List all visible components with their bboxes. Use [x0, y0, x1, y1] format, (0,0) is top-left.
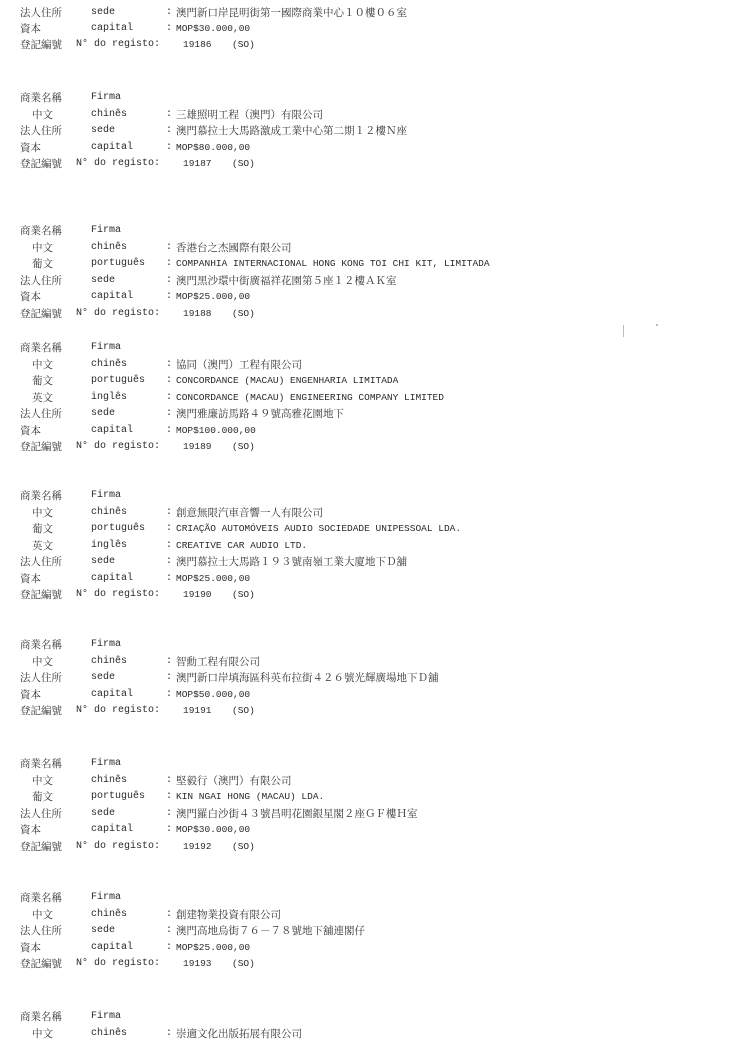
field-row-sede: 法人住所sede:澳門黑沙環中街廣福祥花園第５座１２樓ＡＫ室: [0, 273, 733, 289]
label-pt-firma: Firma: [91, 488, 121, 504]
label-pt-registo: N° do registo:: [76, 703, 160, 719]
separator-colon: :: [166, 806, 172, 822]
label-pt-sede: sede: [91, 273, 115, 289]
field-row-firma: 商業名稱Firma: [0, 223, 733, 239]
label-zh-chines: 中文: [32, 107, 53, 123]
value-sede: 澳門慕拉士大馬路激成工業中心第二期１２樓Ｎ座: [176, 123, 407, 139]
label-zh-sede: 法人住所: [20, 123, 62, 139]
separator-colon: :: [166, 822, 172, 838]
label-pt-sede: sede: [91, 554, 115, 570]
value-capital: MOP$80.000,00: [176, 140, 250, 156]
label-pt-sede: sede: [91, 123, 115, 139]
label-pt-firma: Firma: [91, 223, 121, 239]
label-pt-portugues: português: [91, 789, 145, 805]
separator-colon: :: [166, 406, 172, 422]
label-pt-chines: chinês: [91, 107, 127, 123]
label-zh-capital: 資本: [20, 289, 41, 305]
label-zh-ingles: 英文: [32, 390, 53, 406]
label-pt-capital: capital: [91, 423, 133, 439]
field-row-sede: 法人住所sede:澳門慕拉士大馬路激成工業中心第二期１２樓Ｎ座: [0, 123, 733, 139]
label-zh-firma: 商業名稱: [20, 223, 62, 239]
field-row-capital: 資本capital:MOP$25.000,00: [0, 940, 733, 956]
label-zh-registo: 登記編號: [20, 37, 62, 53]
label-pt-firma: Firma: [91, 340, 121, 356]
separator-colon: :: [166, 240, 172, 256]
registration-suffix: (SO): [232, 37, 255, 53]
value-chines: 香港台之杰國際有限公司: [176, 240, 292, 256]
value-sede: 澳門羅白沙街４３號昌明花園銀星閣２座ＧＦ樓Ｈ室: [176, 806, 418, 822]
value-chines: 崇適文化出版拓展有限公司: [176, 1026, 302, 1042]
value-portugues: KIN NGAI HONG (MACAU) LDA.: [176, 789, 324, 805]
label-zh-chines: 中文: [32, 1026, 53, 1042]
value-chines: 智勳工程有限公司: [176, 654, 260, 670]
field-row-chines: 中文chinês:智勳工程有限公司: [0, 654, 733, 670]
label-pt-registo: N° do registo:: [76, 956, 160, 972]
label-zh-sede: 法人住所: [20, 923, 62, 939]
label-pt-ingles: inglês: [91, 390, 127, 406]
label-pt-chines: chinês: [91, 240, 127, 256]
field-row-capital: 資本capital:MOP$25.000,00: [0, 289, 733, 305]
field-row-portugues: 葡文português:CONCORDANCE (MACAU) ENGENHAR…: [0, 373, 733, 389]
registration-suffix: (SO): [232, 839, 255, 855]
label-zh-registo: 登記編號: [20, 156, 62, 172]
field-row-sede: 法人住所sede:澳門羅白沙街４３號昌明花園銀星閣２座ＧＦ樓Ｈ室: [0, 806, 733, 822]
label-zh-registo: 登記編號: [20, 839, 62, 855]
field-row-firma: 商業名稱Firma: [0, 90, 733, 106]
registration-suffix: (SO): [232, 587, 255, 603]
registration-number: 19188: [183, 306, 212, 322]
registration-number: 19190: [183, 587, 212, 603]
label-zh-registo: 登記編號: [20, 439, 62, 455]
field-row-chines: 中文chinês:創意無限汽車音響一人有限公司: [0, 505, 733, 521]
separator-colon: :: [166, 940, 172, 956]
label-pt-capital: capital: [91, 21, 133, 37]
field-row-firma: 商業名稱Firma: [0, 1009, 733, 1025]
label-pt-sede: sede: [91, 670, 115, 686]
value-sede: 澳門慕拉士大馬路１９３號南嶺工業大廈地下Ｄ舖: [176, 554, 407, 570]
label-pt-capital: capital: [91, 687, 133, 703]
label-pt-registo: N° do registo:: [76, 37, 160, 53]
separator-colon: :: [166, 670, 172, 686]
label-zh-firma: 商業名稱: [20, 340, 62, 356]
label-pt-registo: N° do registo:: [76, 439, 160, 455]
field-row-ingles: 英文inglês:CONCORDANCE (MACAU) ENGINEERING…: [0, 390, 733, 406]
label-zh-sede: 法人住所: [20, 554, 62, 570]
label-zh-chines: 中文: [32, 907, 53, 923]
label-pt-chines: chinês: [91, 1026, 127, 1042]
label-zh-sede: 法人住所: [20, 406, 62, 422]
registration-suffix: (SO): [232, 439, 255, 455]
value-capital: MOP$30.000,00: [176, 822, 250, 838]
value-capital: MOP$25.000,00: [176, 289, 250, 305]
value-capital: MOP$30.000,00: [176, 21, 250, 37]
label-pt-chines: chinês: [91, 505, 127, 521]
separator-colon: :: [166, 123, 172, 139]
label-pt-sede: sede: [91, 923, 115, 939]
label-zh-registo: 登記編號: [20, 306, 62, 322]
field-row-portugues: 葡文português:KIN NGAI HONG (MACAU) LDA.: [0, 789, 733, 805]
separator-colon: :: [166, 390, 172, 406]
registration-number: 19191: [183, 703, 212, 719]
label-zh-capital: 資本: [20, 687, 41, 703]
separator-colon: :: [166, 538, 172, 554]
label-pt-sede: sede: [91, 5, 115, 21]
label-pt-registo: N° do registo:: [76, 306, 160, 322]
separator-colon: :: [166, 505, 172, 521]
separator-colon: :: [166, 140, 172, 156]
label-pt-chines: chinês: [91, 907, 127, 923]
separator-colon: :: [166, 5, 172, 21]
value-ingles: CREATIVE CAR AUDIO LTD.: [176, 538, 307, 554]
label-zh-firma: 商業名稱: [20, 488, 62, 504]
registration-number: 19192: [183, 839, 212, 855]
label-zh-capital: 資本: [20, 21, 41, 37]
value-chines: 協同（澳門）工程有限公司: [176, 357, 302, 373]
label-zh-capital: 資本: [20, 571, 41, 587]
label-zh-chines: 中文: [32, 240, 53, 256]
value-ingles: CONCORDANCE (MACAU) ENGINEERING COMPANY …: [176, 390, 444, 406]
label-pt-firma: Firma: [91, 1009, 121, 1025]
label-pt-capital: capital: [91, 822, 133, 838]
label-zh-portugues: 葡文: [32, 256, 53, 272]
value-capital: MOP$25.000,00: [176, 940, 250, 956]
field-row-chines: 中文chinês:堅毅行（澳門）有限公司: [0, 773, 733, 789]
label-zh-capital: 資本: [20, 822, 41, 838]
separator-colon: :: [166, 373, 172, 389]
registration-suffix: (SO): [232, 306, 255, 322]
label-pt-firma: Firma: [91, 90, 121, 106]
registration-suffix: (SO): [232, 703, 255, 719]
label-pt-capital: capital: [91, 140, 133, 156]
value-chines: 創建物業投資有限公司: [176, 907, 281, 923]
label-zh-capital: 資本: [20, 423, 41, 439]
field-row-firma: 商業名稱Firma: [0, 637, 733, 653]
field-row-sede: 法人住所sede:澳門高地烏街７６－７８號地下舖連閣仔: [0, 923, 733, 939]
registration-number: 19193: [183, 956, 212, 972]
field-row-firma: 商業名稱Firma: [0, 756, 733, 772]
field-row-registo: 登記編號N° do registo:19187(SO): [0, 156, 733, 172]
label-pt-registo: N° do registo:: [76, 156, 160, 172]
value-capital: MOP$25.000,00: [176, 571, 250, 587]
field-row-chines: 中文chinês:崇適文化出版拓展有限公司: [0, 1026, 733, 1042]
field-row-firma: 商業名稱Firma: [0, 340, 733, 356]
field-row-chines: 中文chinês:創建物業投資有限公司: [0, 907, 733, 923]
label-zh-capital: 資本: [20, 140, 41, 156]
label-zh-registo: 登記編號: [20, 703, 62, 719]
scan-artifact: [656, 324, 658, 326]
field-row-chines: 中文chinês:香港台之杰國際有限公司: [0, 240, 733, 256]
separator-colon: :: [166, 907, 172, 923]
field-row-registo: 登記編號N° do registo:19190(SO): [0, 587, 733, 603]
separator-colon: :: [166, 357, 172, 373]
separator-colon: :: [166, 273, 172, 289]
registry-page: 法人住所sede:澳門新口岸昆明街第一國際商業中心１０樓０６室資本capital…: [0, 0, 733, 1057]
label-pt-capital: capital: [91, 289, 133, 305]
field-row-registo: 登記編號N° do registo:19191(SO): [0, 703, 733, 719]
label-zh-portugues: 葡文: [32, 521, 53, 537]
field-row-portugues: 葡文português:COMPANHIA INTERNACIONAL HONG…: [0, 256, 733, 272]
value-chines: 創意無限汽車音響一人有限公司: [176, 505, 323, 521]
label-zh-chines: 中文: [32, 773, 53, 789]
separator-colon: :: [166, 687, 172, 703]
separator-colon: :: [166, 554, 172, 570]
label-pt-firma: Firma: [91, 756, 121, 772]
label-zh-sede: 法人住所: [20, 806, 62, 822]
separator-colon: :: [166, 107, 172, 123]
value-portugues: CONCORDANCE (MACAU) ENGENHARIA LIMITADA: [176, 373, 398, 389]
value-sede: 澳門新口岸填海區科英布拉街４２６號光輝廣場地下Ｄ舖: [176, 670, 439, 686]
field-row-capital: 資本capital:MOP$80.000,00: [0, 140, 733, 156]
separator-colon: :: [166, 789, 172, 805]
field-row-chines: 中文chinês:三雄照明工程（澳門）有限公司: [0, 107, 733, 123]
registration-suffix: (SO): [232, 956, 255, 972]
label-pt-registo: N° do registo:: [76, 587, 160, 603]
field-row-firma: 商業名稱Firma: [0, 488, 733, 504]
separator-colon: :: [166, 21, 172, 37]
label-pt-capital: capital: [91, 940, 133, 956]
field-row-portugues: 葡文português:CRIAÇÃO AUTOMÓVEIS AUDIO SOC…: [0, 521, 733, 537]
label-zh-sede: 法人住所: [20, 5, 62, 21]
label-zh-chines: 中文: [32, 654, 53, 670]
field-row-sede: 法人住所sede:澳門雅廉訪馬路４９號高雅花園地下: [0, 406, 733, 422]
value-portugues: COMPANHIA INTERNACIONAL HONG KONG TOI CH…: [176, 256, 490, 272]
field-row-sede: 法人住所sede:澳門新口岸昆明街第一國際商業中心１０樓０６室: [0, 5, 733, 21]
value-sede: 澳門高地烏街７６－７８號地下舖連閣仔: [176, 923, 365, 939]
label-pt-chines: chinês: [91, 357, 127, 373]
label-zh-sede: 法人住所: [20, 670, 62, 686]
field-row-capital: 資本capital:MOP$30.000,00: [0, 21, 733, 37]
separator-colon: :: [166, 654, 172, 670]
label-zh-registo: 登記編號: [20, 956, 62, 972]
field-row-capital: 資本capital:MOP$25.000,00: [0, 571, 733, 587]
field-row-ingles: 英文inglês:CREATIVE CAR AUDIO LTD.: [0, 538, 733, 554]
registration-number: 19186: [183, 37, 212, 53]
value-sede: 澳門黑沙環中街廣福祥花園第５座１２樓ＡＫ室: [176, 273, 397, 289]
value-chines: 堅毅行（澳門）有限公司: [176, 773, 292, 789]
separator-colon: :: [166, 289, 172, 305]
label-pt-chines: chinês: [91, 773, 127, 789]
field-row-sede: 法人住所sede:澳門新口岸填海區科英布拉街４２６號光輝廣場地下Ｄ舖: [0, 670, 733, 686]
separator-colon: :: [166, 773, 172, 789]
label-zh-capital: 資本: [20, 940, 41, 956]
field-row-registo: 登記編號N° do registo:19192(SO): [0, 839, 733, 855]
value-chines: 三雄照明工程（澳門）有限公司: [176, 107, 323, 123]
label-pt-portugues: português: [91, 373, 145, 389]
label-zh-portugues: 葡文: [32, 789, 53, 805]
field-row-sede: 法人住所sede:澳門慕拉士大馬路１９３號南嶺工業大廈地下Ｄ舖: [0, 554, 733, 570]
scan-artifact: [623, 325, 624, 337]
field-row-chines: 中文chinês:協同（澳門）工程有限公司: [0, 357, 733, 373]
label-pt-firma: Firma: [91, 890, 121, 906]
label-zh-portugues: 葡文: [32, 373, 53, 389]
label-pt-chines: chinês: [91, 654, 127, 670]
label-zh-ingles: 英文: [32, 538, 53, 554]
separator-colon: :: [166, 923, 172, 939]
field-row-capital: 資本capital:MOP$30.000,00: [0, 822, 733, 838]
label-pt-registo: N° do registo:: [76, 839, 160, 855]
value-sede: 澳門雅廉訪馬路４９號高雅花園地下: [176, 406, 344, 422]
label-pt-ingles: inglês: [91, 538, 127, 554]
value-portugues: CRIAÇÃO AUTOMÓVEIS AUDIO SOCIEDADE UNIPE…: [176, 521, 461, 537]
label-pt-sede: sede: [91, 806, 115, 822]
label-zh-registo: 登記編號: [20, 587, 62, 603]
registration-number: 19187: [183, 156, 212, 172]
label-zh-firma: 商業名稱: [20, 90, 62, 106]
field-row-registo: 登記編號N° do registo:19186(SO): [0, 37, 733, 53]
label-pt-portugues: português: [91, 256, 145, 272]
label-zh-firma: 商業名稱: [20, 756, 62, 772]
separator-colon: :: [166, 1026, 172, 1042]
label-zh-firma: 商業名稱: [20, 1009, 62, 1025]
value-sede: 澳門新口岸昆明街第一國際商業中心１０樓０６室: [176, 5, 407, 21]
label-pt-sede: sede: [91, 406, 115, 422]
registration-suffix: (SO): [232, 156, 255, 172]
field-row-firma: 商業名稱Firma: [0, 890, 733, 906]
label-zh-firma: 商業名稱: [20, 890, 62, 906]
separator-colon: :: [166, 521, 172, 537]
field-row-registo: 登記編號N° do registo:19189(SO): [0, 439, 733, 455]
field-row-registo: 登記編號N° do registo:19193(SO): [0, 956, 733, 972]
registration-number: 19189: [183, 439, 212, 455]
value-capital: MOP$50.000,00: [176, 687, 250, 703]
separator-colon: :: [166, 571, 172, 587]
label-zh-sede: 法人住所: [20, 273, 62, 289]
separator-colon: :: [166, 423, 172, 439]
separator-colon: :: [166, 256, 172, 272]
field-row-capital: 資本capital:MOP$50.000,00: [0, 687, 733, 703]
label-pt-portugues: português: [91, 521, 145, 537]
label-zh-firma: 商業名稱: [20, 637, 62, 653]
label-pt-firma: Firma: [91, 637, 121, 653]
field-row-registo: 登記編號N° do registo:19188(SO): [0, 306, 733, 322]
label-pt-capital: capital: [91, 571, 133, 587]
label-zh-chines: 中文: [32, 505, 53, 521]
value-capital: MOP$100.000,00: [176, 423, 256, 439]
field-row-capital: 資本capital:MOP$100.000,00: [0, 423, 733, 439]
label-zh-chines: 中文: [32, 357, 53, 373]
